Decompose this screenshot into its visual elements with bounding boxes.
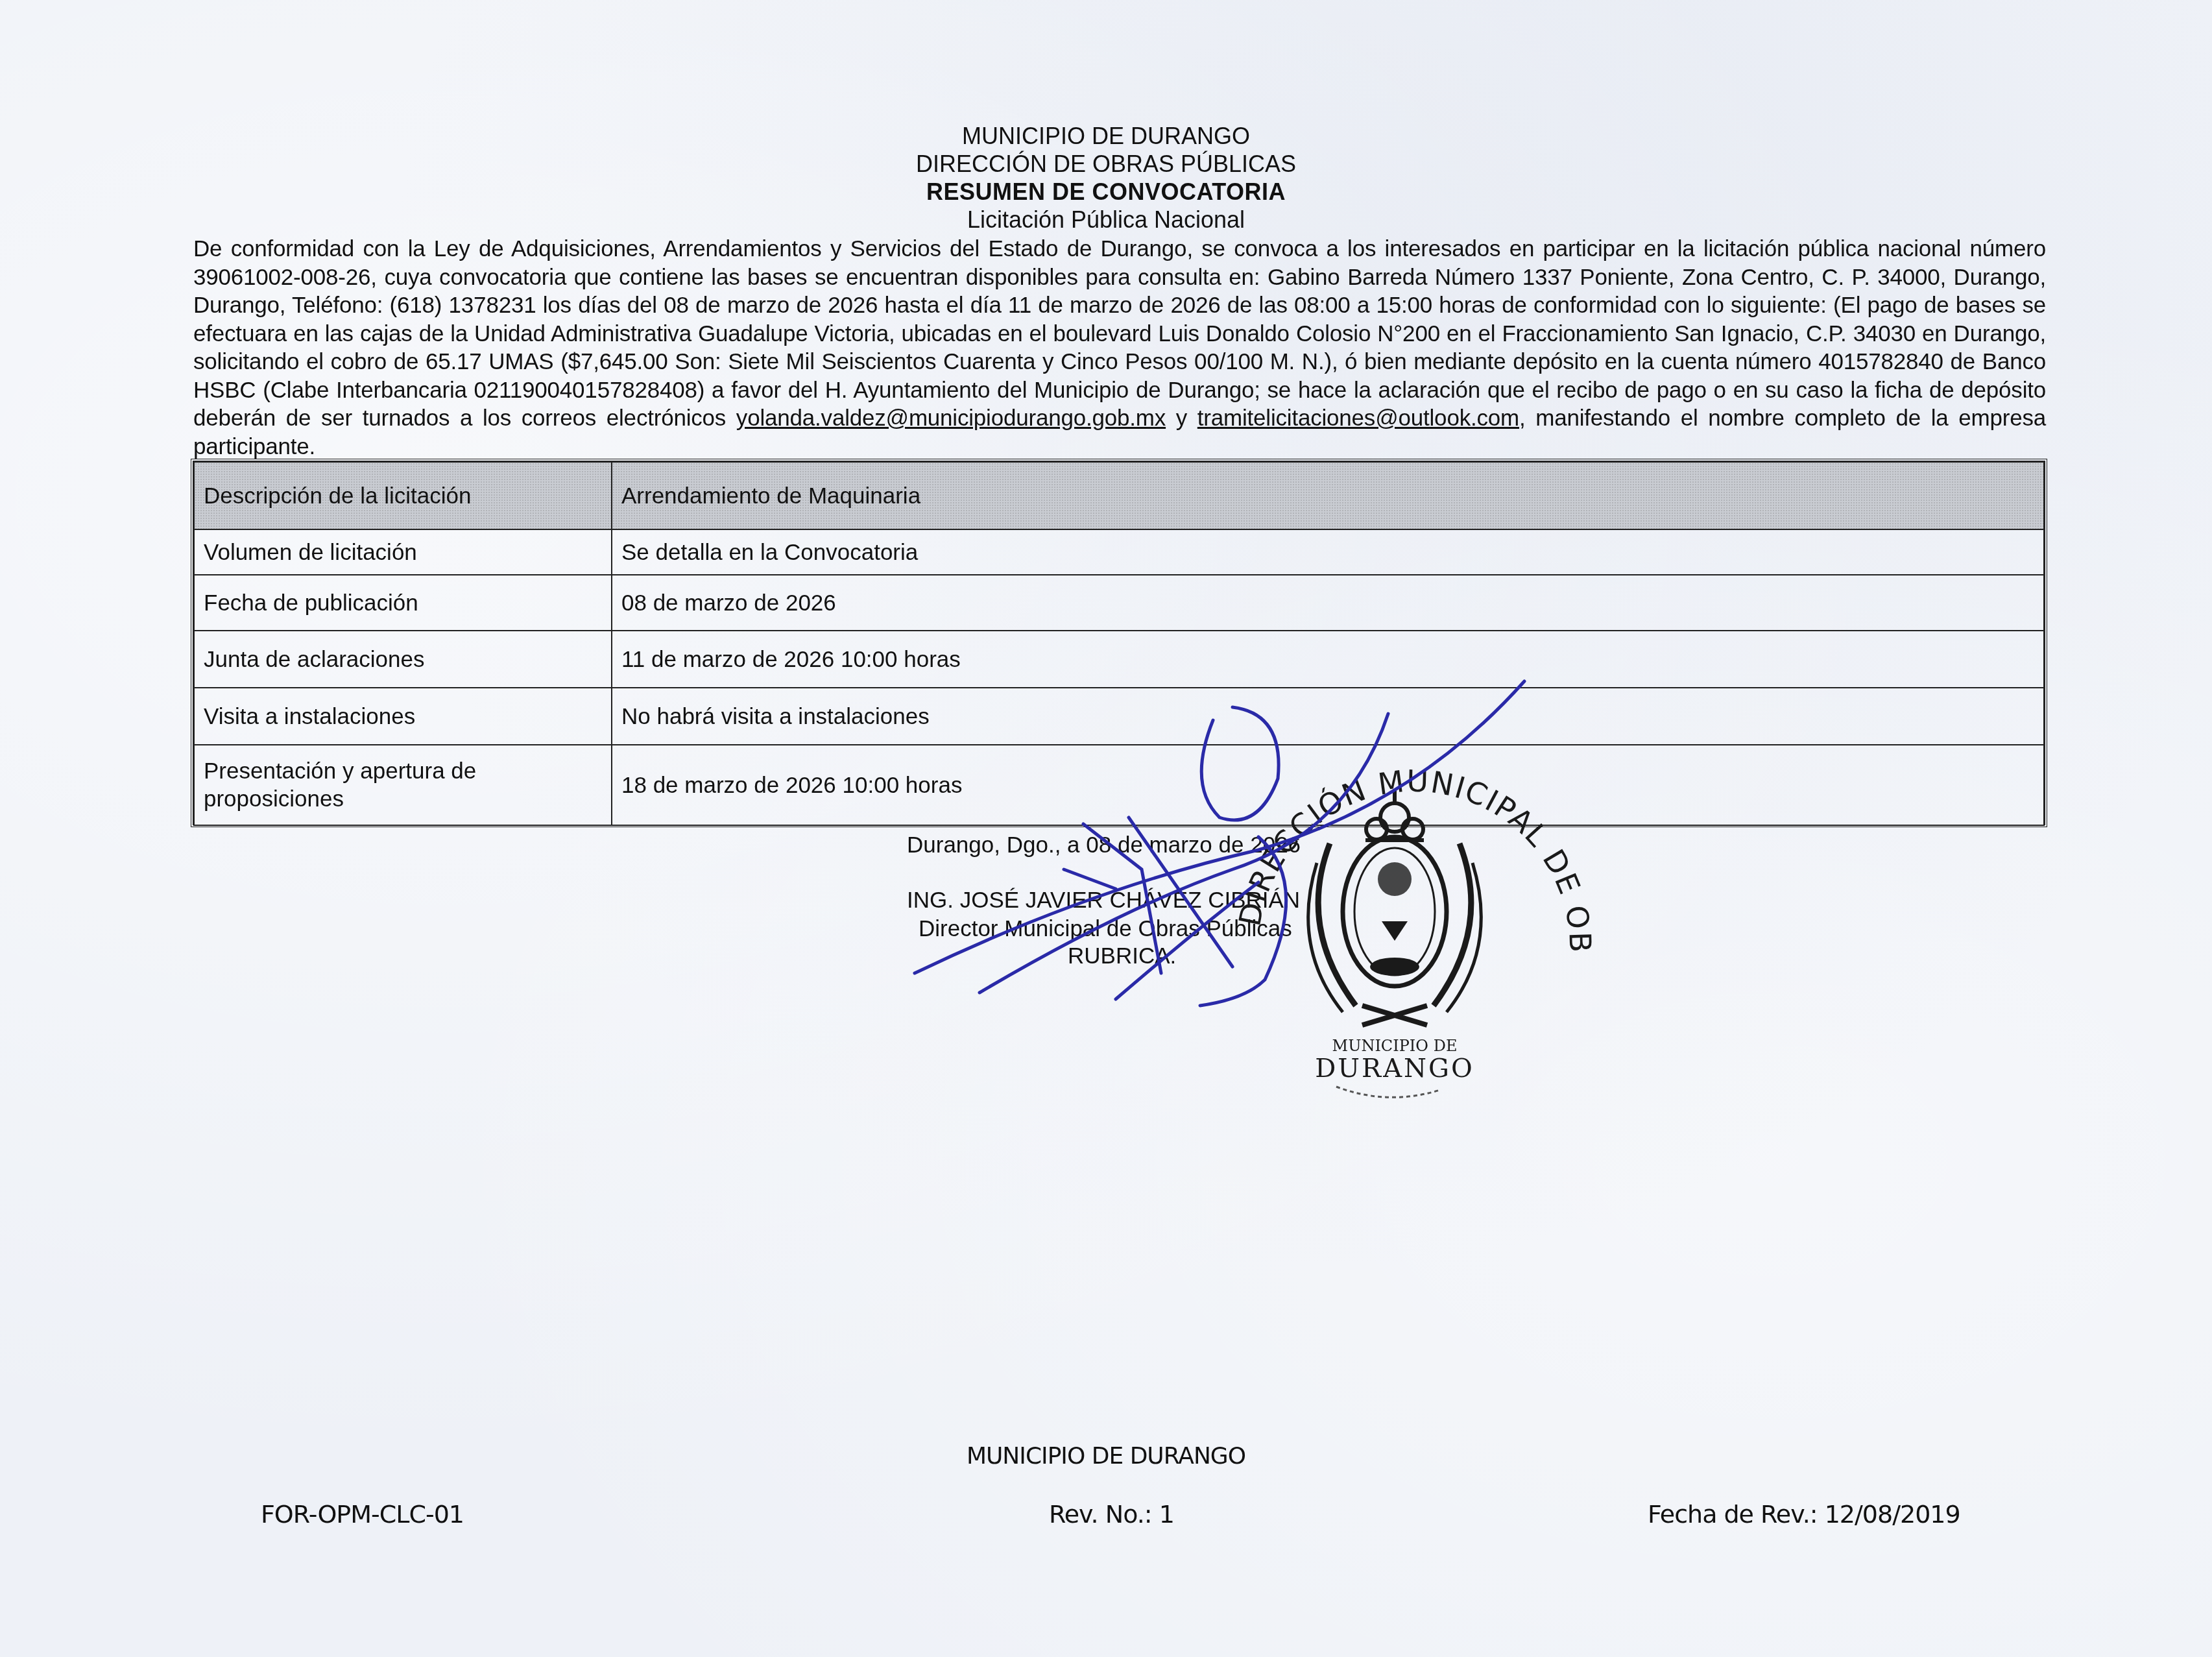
revision-number: Rev. No.: 1 — [1049, 1500, 1174, 1529]
official-seal-icon: DIRECCIÓN MUNICIPAL DE OBRAS PÚBLICAS MU… — [1232, 733, 1596, 1103]
row-label: Presentación y apertura de proposiciones — [194, 745, 612, 825]
seal-bottom-small: MUNICIPIO DE — [1332, 1037, 1458, 1055]
table-row: Fecha de publicación 08 de marzo de 2026 — [194, 575, 2044, 631]
row-label: Junta de aclaraciones — [194, 631, 612, 688]
document-title: RESUMEN DE CONVOCATORIA — [0, 178, 2212, 206]
row-label: Descripción de la licitación — [194, 462, 612, 529]
row-label: Visita a instalaciones — [194, 688, 612, 745]
document-header: MUNICIPIO DE DURANGO DIRECCIÓN DE OBRAS … — [0, 122, 2212, 234]
table-row: Presentación y apertura de proposiciones… — [194, 745, 2044, 825]
header-department: DIRECCIÓN DE OBRAS PÚBLICAS — [0, 150, 2212, 178]
revision-date: Fecha de Rev.: 12/08/2019 — [1648, 1500, 1960, 1529]
intro-text: De conformidad con la Ley de Adquisicion… — [193, 236, 2046, 431]
row-value: 08 de marzo de 2026 — [612, 575, 2044, 631]
document-subtitle: Licitación Pública Nacional — [0, 206, 2212, 234]
form-code: FOR-OPM-CLC-01 — [261, 1500, 464, 1529]
rubrica-label: RUBRICA. — [1068, 942, 1176, 970]
row-value: Arrendamiento de Maquinaria — [612, 462, 2044, 529]
row-label: Volumen de licitación — [194, 529, 612, 575]
table-row: Volumen de licitación Se detalla en la C… — [194, 529, 2044, 575]
tender-details-table: Descripción de la licitación Arrendamien… — [191, 459, 2047, 827]
row-value: Se detalla en la Convocatoria — [612, 529, 2044, 575]
intro-paragraph: De conformidad con la Ley de Adquisicion… — [193, 235, 2046, 461]
row-value: 11 de marzo de 2026 10:00 horas — [612, 631, 2044, 688]
table-row: Junta de aclaraciones 11 de marzo de 202… — [194, 631, 2044, 688]
row-label: Fecha de publicación — [194, 575, 612, 631]
email-link-2[interactable]: tramitelicitaciones@outlook.com — [1197, 405, 1519, 431]
table-row: Visita a instalaciones No habrá visita a… — [194, 688, 2044, 745]
table-row: Descripción de la licitación Arrendamien… — [194, 462, 2044, 529]
header-municipality: MUNICIPIO DE DURANGO — [0, 122, 2212, 150]
email-link-1[interactable]: yolanda.valdez@municipiodurango.gob.mx — [736, 405, 1166, 431]
footer-municipality: MUNICIPIO DE DURANGO — [0, 1443, 2212, 1470]
intro-connector: y — [1166, 405, 1197, 431]
seal-bottom-large: DURANGO — [1315, 1054, 1474, 1083]
